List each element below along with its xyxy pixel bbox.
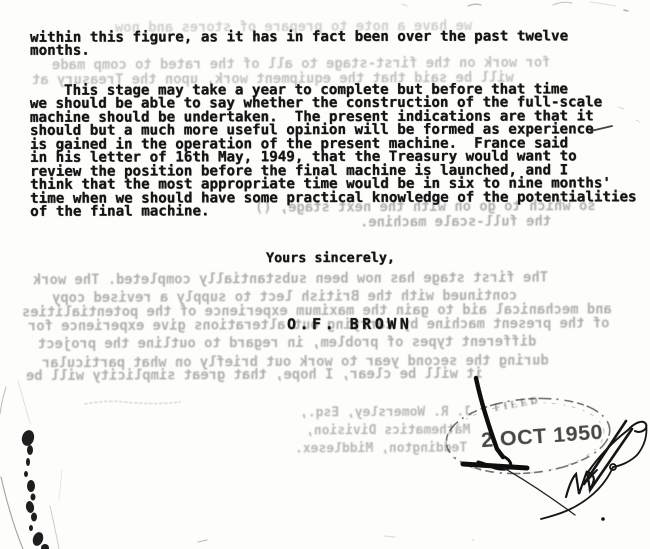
signature-curl-descender	[613, 424, 646, 467]
ink-blot	[27, 445, 33, 455]
smudge	[468, 4, 481, 6]
edge-scratch	[18, 381, 30, 423]
signatory-name: O.F. BROWN	[287, 318, 412, 332]
smudge	[198, 540, 207, 542]
ink-blot	[24, 471, 28, 477]
signature-barb	[584, 470, 597, 484]
bleedthrough-line: The first stage has now been substantial…	[33, 270, 548, 289]
bleedthrough-line: different types of problem, in regard to…	[38, 334, 536, 353]
date-stamp-arc-text: FILED	[493, 395, 541, 414]
signature-zigzag	[566, 471, 594, 497]
ink-blot	[31, 513, 37, 522]
smudge	[553, 2, 572, 5]
edge-artifacts	[0, 381, 180, 549]
ink-blot	[31, 494, 36, 501]
signature-tail	[541, 467, 613, 519]
scanned-letter-page: we have a note to prepare of stores and …	[0, 0, 650, 549]
date-stamp-date: 2 OCT 1950	[480, 420, 604, 453]
smudge	[624, 10, 628, 11]
smudge	[402, 4, 407, 6]
ink-blot	[20, 429, 36, 448]
pen-thin-tail	[504, 468, 575, 515]
bleedthrough-address-line: J. R. Womersley, Esq.,	[300, 405, 472, 421]
ink-blot	[25, 500, 35, 513]
pen-loop	[478, 456, 511, 469]
bleedthrough-address-line: Mathematics Division,	[306, 423, 470, 439]
closing-salutation: Yours sincerely,	[266, 252, 395, 266]
ink-blot	[41, 544, 49, 549]
ink-blot	[26, 458, 30, 466]
bleedthrough-line: it will be clear, I hope, that great sim…	[26, 366, 483, 384]
letter-paragraph-1: within this figure, as it has in fact be…	[30, 30, 630, 58]
smudge	[590, 2, 616, 6]
bleedthrough-address-line: Teddington, Middlesex.	[295, 441, 467, 457]
ink-dot	[601, 517, 605, 521]
signature-knot	[610, 464, 616, 470]
speck	[472, 539, 474, 541]
edge-scratch	[59, 470, 62, 500]
smudge	[384, 536, 395, 537]
edge-scratch	[50, 506, 59, 549]
ink-blot-column	[20, 429, 49, 549]
signature-top-curl	[628, 422, 646, 432]
ink-blot	[31, 531, 45, 548]
ink-blot	[29, 525, 33, 531]
pen-underline-dash	[463, 464, 527, 468]
letter-paragraph-2: This stage may take a year to complete b…	[30, 83, 650, 219]
bottom-marks	[198, 536, 474, 542]
ink-blot	[27, 480, 35, 492]
margin-smudge	[85, 401, 180, 404]
edge-scratch	[0, 387, 6, 414]
edge-scratch	[1, 477, 23, 549]
